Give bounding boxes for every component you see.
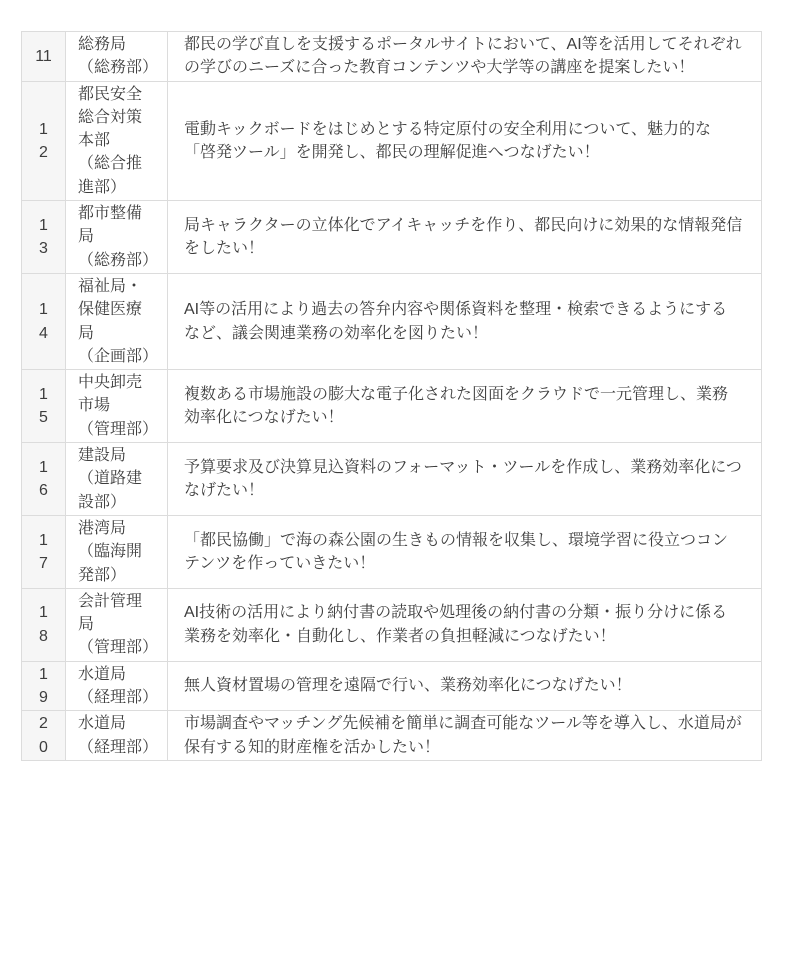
- proposals-table: 11 総務局 （総務部） 都民の学び直しを支援するポータルサイトにおいて、AI等…: [21, 31, 762, 761]
- row-number-cell: 12: [22, 81, 66, 200]
- proposal-cell: 予算要求及び決算見込資料のフォーマット・ツールを作成し、業務効率化につなげたい！: [168, 443, 762, 516]
- proposal-cell: 局キャラクターの立体化でアイキャッチを作り、都民向けに効果的な情報発信をしたい！: [168, 201, 762, 274]
- table-row: 20 水道局 （経理部） 市場調査やマッチング先候補を簡単に調査可能なツール等を…: [22, 711, 762, 761]
- row-number-cell: 17: [22, 515, 66, 588]
- bureau-cell: 総務局 （総務部）: [66, 32, 168, 82]
- table-row: 13 都市整備局 （総務部） 局キャラクターの立体化でアイキャッチを作り、都民向…: [22, 201, 762, 274]
- page: 11 総務局 （総務部） 都民の学び直しを支援するポータルサイトにおいて、AI等…: [0, 0, 800, 959]
- table-row: 17 港湾局 （臨海開発部） 「都民協働」で海の森公園の生きもの情報を収集し、環…: [22, 515, 762, 588]
- row-number-cell: 11: [22, 32, 66, 82]
- bureau-cell: 都市整備局 （総務部）: [66, 201, 168, 274]
- row-number-cell: 20: [22, 711, 66, 761]
- table-row: 18 会計管理局 （管理部） AI技術の活用により納付書の読取や処理後の納付書の…: [22, 588, 762, 661]
- row-number-cell: 13: [22, 201, 66, 274]
- bureau-cell: 港湾局 （臨海開発部）: [66, 515, 168, 588]
- row-number-cell: 16: [22, 443, 66, 516]
- table-row: 11 総務局 （総務部） 都民の学び直しを支援するポータルサイトにおいて、AI等…: [22, 32, 762, 82]
- table-row: 12 都民安全総合対策本部 （総合推進部） 電動キックボードをはじめとする特定原…: [22, 81, 762, 200]
- bureau-cell: 建設局 （道路建設部）: [66, 443, 168, 516]
- proposal-cell: 市場調査やマッチング先候補を簡単に調査可能なツール等を導入し、水道局が保有する知…: [168, 711, 762, 761]
- row-number-cell: 15: [22, 370, 66, 443]
- proposal-cell: AI等の活用により過去の答弁内容や関係資料を整理・検索できるようにするなど、議会…: [168, 273, 762, 369]
- proposal-cell: 複数ある市場施設の膨大な電子化された図面をクラウドで一元管理し、業務効率化につな…: [168, 370, 762, 443]
- proposal-cell: 都民の学び直しを支援するポータルサイトにおいて、AI等を活用してそれぞれの学びの…: [168, 32, 762, 82]
- table-row: 15 中央卸売市場 （管理部） 複数ある市場施設の膨大な電子化された図面をクラウ…: [22, 370, 762, 443]
- bureau-cell: 水道局 （経理部）: [66, 711, 168, 761]
- bureau-cell: 福祉局・保健医療局 （企画部）: [66, 273, 168, 369]
- row-number-cell: 18: [22, 588, 66, 661]
- proposal-cell: 電動キックボードをはじめとする特定原付の安全利用について、魅力的な「啓発ツール」…: [168, 81, 762, 200]
- table-row: 14 福祉局・保健医療局 （企画部） AI等の活用により過去の答弁内容や関係資料…: [22, 273, 762, 369]
- bureau-cell: 中央卸売市場 （管理部）: [66, 370, 168, 443]
- table-row: 16 建設局 （道路建設部） 予算要求及び決算見込資料のフォーマット・ツールを作…: [22, 443, 762, 516]
- proposal-cell: 無人資材置場の管理を遠隔で行い、業務効率化につなげたい！: [168, 661, 762, 711]
- proposal-cell: AI技術の活用により納付書の読取や処理後の納付書の分類・振り分けに係る業務を効率…: [168, 588, 762, 661]
- bureau-cell: 会計管理局 （管理部）: [66, 588, 168, 661]
- bureau-cell: 都民安全総合対策本部 （総合推進部）: [66, 81, 168, 200]
- proposal-cell: 「都民協働」で海の森公園の生きもの情報を収集し、環境学習に役立つコンテンツを作っ…: [168, 515, 762, 588]
- bureau-cell: 水道局 （経理部）: [66, 661, 168, 711]
- row-number-cell: 19: [22, 661, 66, 711]
- table-row: 19 水道局 （経理部） 無人資材置場の管理を遠隔で行い、業務効率化につなげたい…: [22, 661, 762, 711]
- row-number-cell: 14: [22, 273, 66, 369]
